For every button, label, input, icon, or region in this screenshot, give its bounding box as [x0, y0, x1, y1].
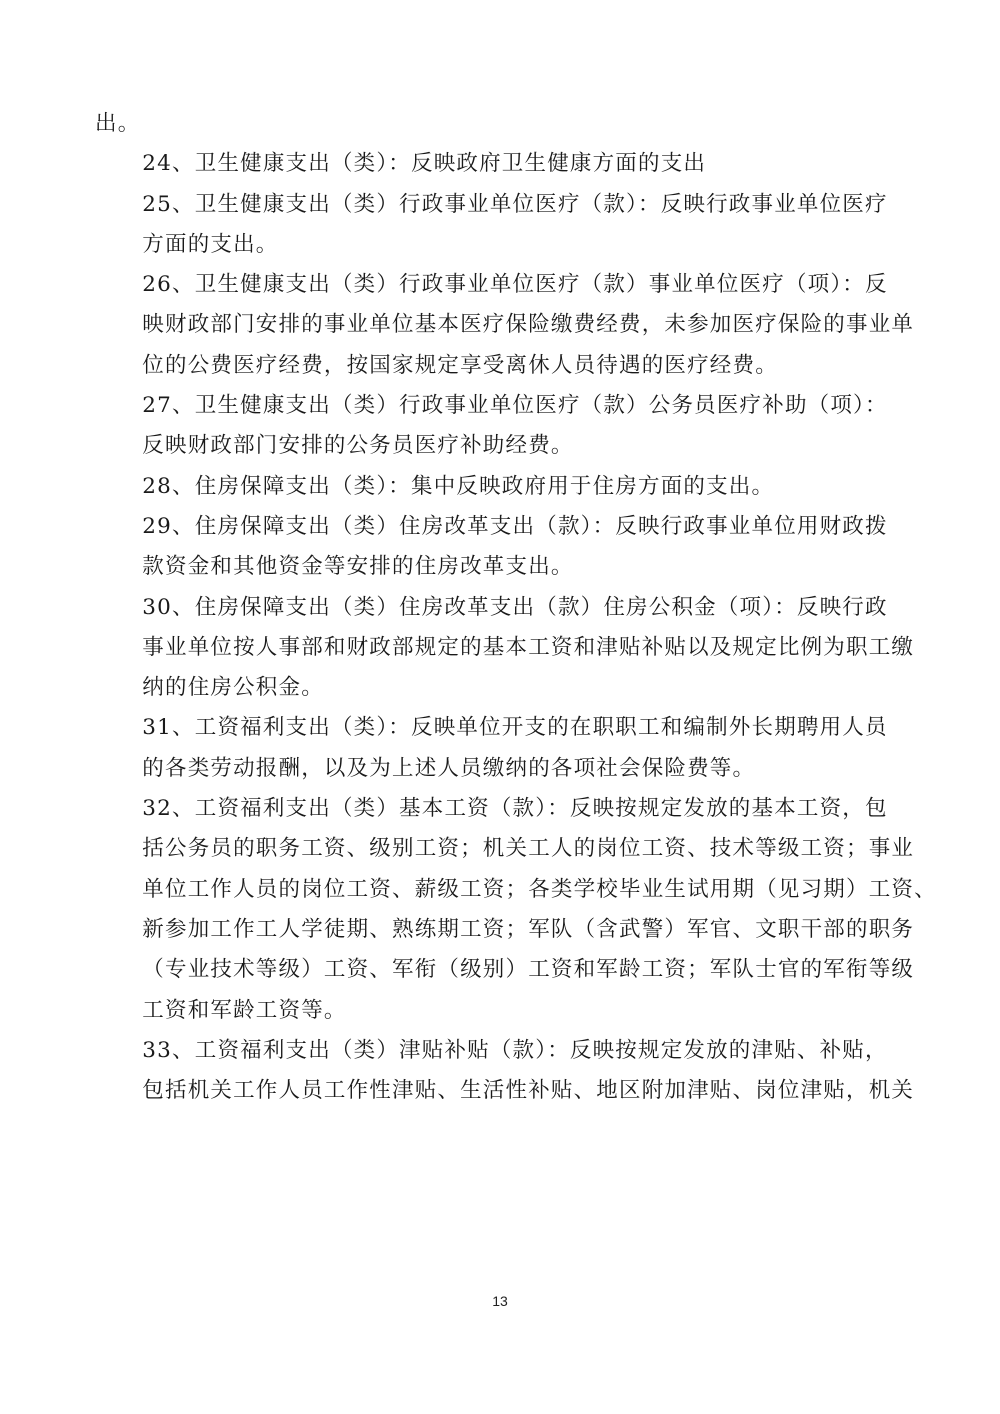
text-line: 映财政部门安排的事业单位基本医疗保险缴费经费，未参加医疗保险的事业单	[95, 305, 908, 345]
text-line: 29、住房保障支出（类）住房改革支出（款）：反映行政事业单位用财政拨	[95, 507, 908, 547]
paragraph: 31、工资福利支出（类）：反映单位开支的在职职工和编制外长期聘用人员的各类劳动报…	[95, 708, 908, 789]
text-line: （专业技术等级）工资、军衔（级别）工资和军龄工资；军队士官的军衔等级	[95, 950, 908, 990]
text-line: 的各类劳动报酬，以及为上述人员缴纳的各项社会保险费等。	[95, 749, 908, 789]
text-line: 位的公费医疗经费，按国家规定享受离休人员待遇的医疗经费。	[95, 346, 908, 386]
text-line: 单位工作人员的岗位工资、薪级工资；各类学校毕业生试用期（见习期）工资、	[95, 870, 908, 910]
page-number: 13	[0, 1293, 1000, 1309]
text-line: 括公务员的职务工资、级别工资；机关工人的岗位工资、技术等级工资；事业	[95, 829, 908, 869]
text-line: 31、工资福利支出（类）：反映单位开支的在职职工和编制外长期聘用人员	[95, 708, 908, 748]
text-line: 工资和军龄工资等。	[95, 991, 908, 1031]
paragraph: 33、工资福利支出（类）津贴补贴（款）：反映按规定发放的津贴、补贴，包括机关工作…	[95, 1031, 908, 1112]
paragraph: 32、工资福利支出（类）基本工资（款）：反映按规定发放的基本工资，包括公务员的职…	[95, 789, 908, 1031]
text-line: 30、住房保障支出（类）住房改革支出（款）住房公积金（项）：反映行政	[95, 588, 908, 628]
text-line: 方面的支出。	[95, 225, 908, 265]
text-line: 款资金和其他资金等安排的住房改革支出。	[95, 547, 908, 587]
text-line: 反映财政部门安排的公务员医疗补助经费。	[95, 426, 908, 466]
paragraph: 29、住房保障支出（类）住房改革支出（款）：反映行政事业单位用财政拨款资金和其他…	[95, 507, 908, 588]
text-line: 28、住房保障支出（类）：集中反映政府用于住房方面的支出。	[95, 467, 908, 507]
text-line: 纳的住房公积金。	[95, 668, 908, 708]
text-line: 包括机关工作人员工作性津贴、生活性补贴、地区附加津贴、岗位津贴，机关	[95, 1071, 908, 1111]
paragraph: 出。	[95, 104, 908, 144]
text-line: 33、工资福利支出（类）津贴补贴（款）：反映按规定发放的津贴、补贴，	[95, 1031, 908, 1071]
text-line: 32、工资福利支出（类）基本工资（款）：反映按规定发放的基本工资，包	[95, 789, 908, 829]
text-line: 24、卫生健康支出（类）：反映政府卫生健康方面的支出	[95, 144, 908, 184]
text-line: 新参加工作工人学徒期、熟练期工资；军队（含武警）军官、文职干部的职务	[95, 910, 908, 950]
text-line: 27、卫生健康支出（类）行政事业单位医疗（款）公务员医疗补助（项）：	[95, 386, 908, 426]
paragraph: 25、卫生健康支出（类）行政事业单位医疗（款）：反映行政事业单位医疗方面的支出。	[95, 185, 908, 266]
document-body: 出。24、卫生健康支出（类）：反映政府卫生健康方面的支出25、卫生健康支出（类）…	[95, 104, 908, 1111]
paragraph: 30、住房保障支出（类）住房改革支出（款）住房公积金（项）：反映行政事业单位按人…	[95, 588, 908, 709]
paragraph: 24、卫生健康支出（类）：反映政府卫生健康方面的支出	[95, 144, 908, 184]
text-line: 出。	[95, 104, 908, 144]
paragraph: 26、卫生健康支出（类）行政事业单位医疗（款）事业单位医疗（项）：反映财政部门安…	[95, 265, 908, 386]
paragraph: 27、卫生健康支出（类）行政事业单位医疗（款）公务员医疗补助（项）：反映财政部门…	[95, 386, 908, 467]
paragraph: 28、住房保障支出（类）：集中反映政府用于住房方面的支出。	[95, 467, 908, 507]
text-line: 26、卫生健康支出（类）行政事业单位医疗（款）事业单位医疗（项）：反	[95, 265, 908, 305]
text-line: 25、卫生健康支出（类）行政事业单位医疗（款）：反映行政事业单位医疗	[95, 185, 908, 225]
text-line: 事业单位按人事部和财政部规定的基本工资和津贴补贴以及规定比例为职工缴	[95, 628, 908, 668]
